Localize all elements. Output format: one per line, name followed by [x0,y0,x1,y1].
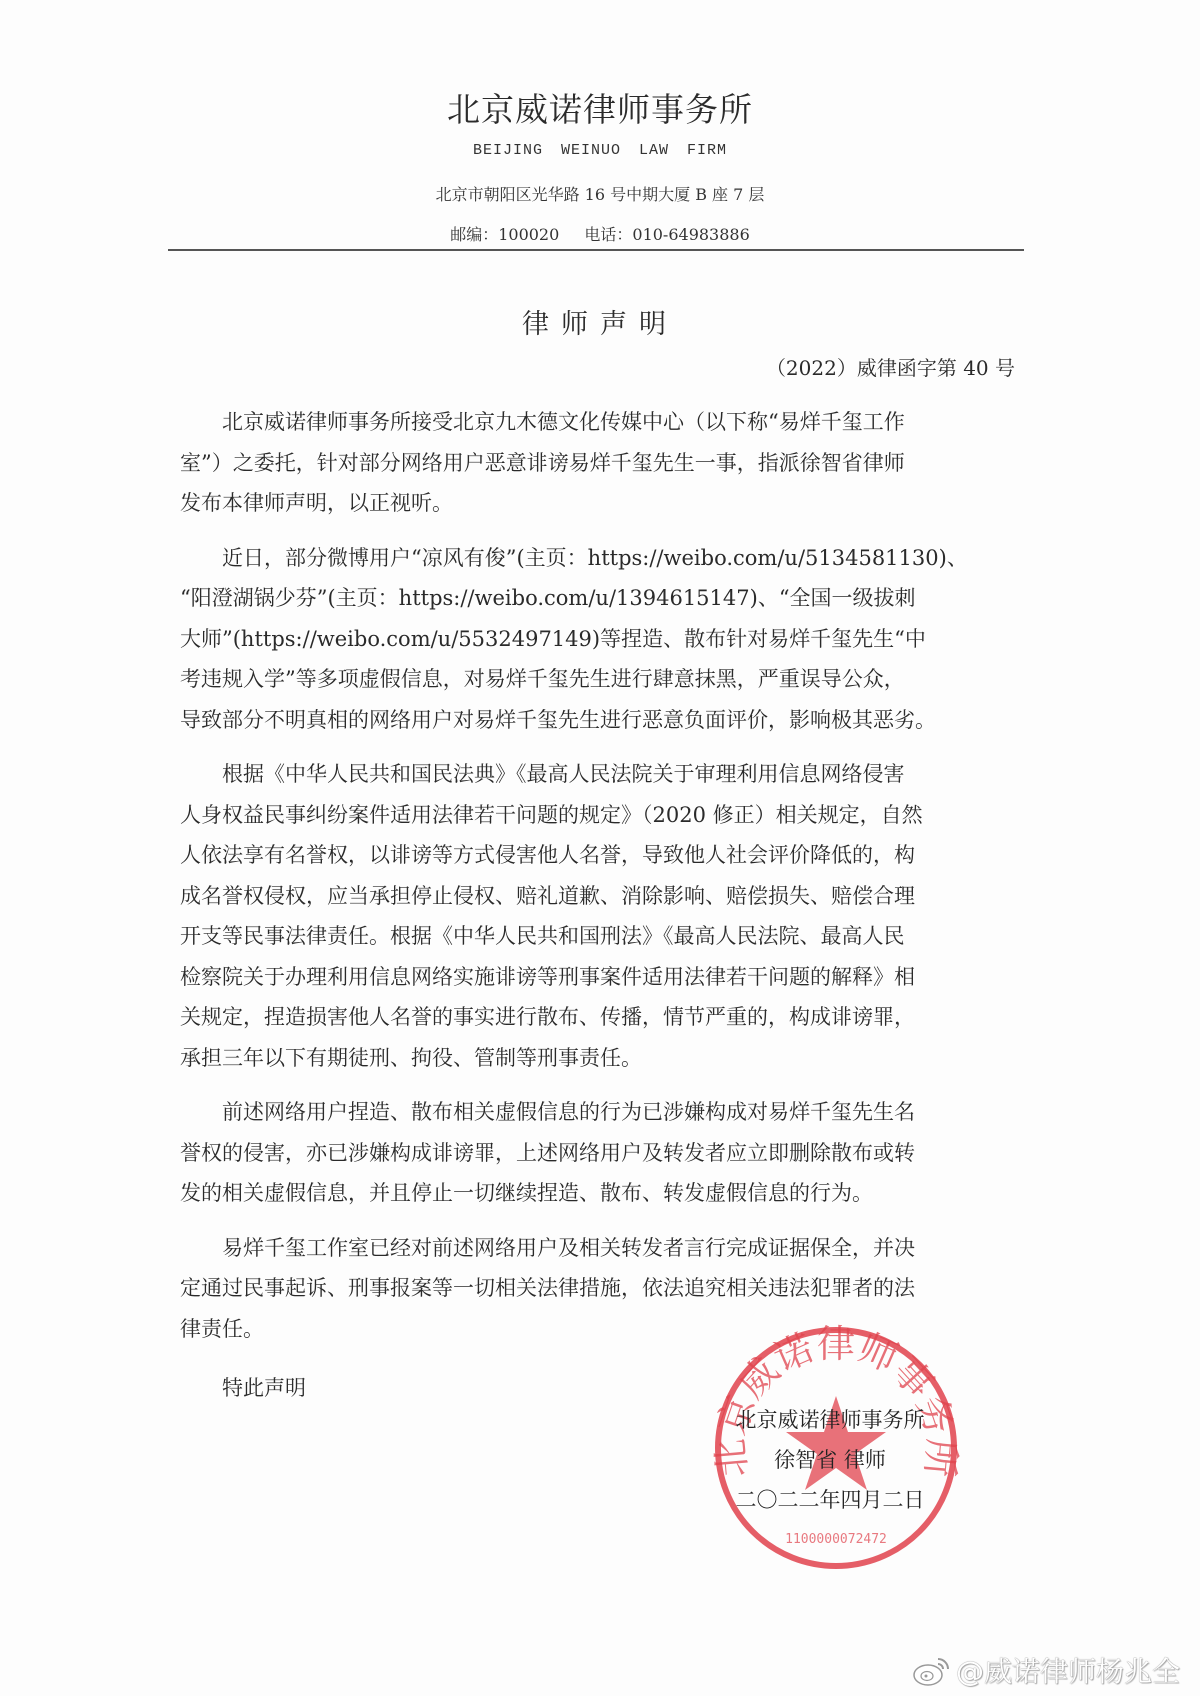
firm-address: 北京市朝阳区光华路 16 号中期大厦 B 座 7 层 [0,182,1200,205]
document-body: 北京威诺律师事务所接受北京九木德文化传媒中心（以下称“易烊千玺工作 室”）之委托… [180,402,1022,1363]
text-line: 根据《中华人民共和国民法典》《最高人民法院关于审理利用信息网络侵害 [180,754,1022,795]
text-line: 前述网络用户捏造、散布相关虚假信息的行为已涉嫌构成对易烊千玺先生名 [180,1092,1022,1133]
paragraph-2: 近日，部分微博用户“凉风有俊”(主页：https://weibo.com/u/5… [180,538,1022,741]
text-line: 室”）之委托，针对部分网络用户恶意诽谤易烊千玺先生一事，指派徐智省律师 [180,443,1022,484]
paragraph-1: 北京威诺律师事务所接受北京九木德文化传媒中心（以下称“易烊千玺工作 室”）之委托… [180,402,1022,524]
text-line: 誉权的侵害，亦已涉嫌构成诽谤罪，上述网络用户及转发者应立即删除散布或转 [180,1133,1022,1174]
signature-firm: 北京威诺律师事务所 [700,1400,960,1440]
text-line: 发布本律师声明，以正视听。 [180,483,1022,524]
signature-date: 二〇二二年四月二日 [700,1480,960,1520]
text-line: 开支等民事法律责任。根据《中华人民共和国刑法》《最高人民法院、最高人民 [180,916,1022,957]
text-line: “阳澄湖锅少芬”(主页：https://weibo.com/u/13946151… [180,578,1022,619]
document-number: （2022）威律函字第 40 号 [766,352,1015,381]
text-line: 导致部分不明真相的网络用户对易烊千玺先生进行恶意负面评价，影响极其恶劣。 [180,700,1022,741]
text-line: 人依法享有名誉权，以诽谤等方式侵害他人名誉，导致他人社会评价降低的，构 [180,835,1022,876]
text-line: 发的相关虚假信息，并且停止一切继续捏造、散布、转发虚假信息的行为。 [180,1173,1022,1214]
seal-serial: 1100000072472 [785,1532,887,1547]
text-line: 北京威诺律师事务所接受北京九木德文化传媒中心（以下称“易烊千玺工作 [180,402,1022,443]
watermark-text: @威诺律师杨兆全 [956,1650,1180,1690]
text-line: 大师”(https://weibo.com/u/5532497149)等捏造、散… [180,619,1022,660]
text-line: 检察院关于办理利用信息网络实施诽谤等刑事案件适用法律若干问题的解释》相 [180,957,1022,998]
paragraph-3: 根据《中华人民共和国民法典》《最高人民法院关于审理利用信息网络侵害 人身权益民事… [180,754,1022,1078]
text-line: 关规定，捏造损害他人名誉的事实进行散布、传播，情节严重的，构成诽谤罪， [180,997,1022,1038]
document-title: 律师声明 [0,302,1200,341]
firm-phone: 电话：010-64983886 [584,225,749,244]
text-line: 定通过民事起诉、刑事报案等一切相关法律措施，依法追究相关违法犯罪者的法 [180,1268,1022,1309]
firm-name-english: BEIJING WEINUO LAW FIRM [0,142,1200,159]
signature-lawyer: 徐智省 律师 [700,1440,960,1480]
text-line: 考违规入学”等多项虚假信息，对易烊千玺先生进行肆意抹黑，严重误导公众， [180,659,1022,700]
firm-name: 北京威诺律师事务所 [0,84,1200,131]
firm-contact: 邮编：100020 电话：010-64983886 [0,222,1200,245]
text-line: 人身权益民事纠纷案件适用法律若干问题的规定》（2020 修正）相关规定，自然 [180,795,1022,836]
weibo-icon [912,1653,952,1687]
weibo-watermark: @威诺律师杨兆全 [912,1650,1180,1690]
text-line: 近日，部分微博用户“凉风有俊”(主页：https://weibo.com/u/5… [180,538,1022,579]
text-line: 承担三年以下有期徒刑、拘役、管制等刑事责任。 [180,1038,1022,1079]
paragraph-4: 前述网络用户捏造、散布相关虚假信息的行为已涉嫌构成对易烊千玺先生名 誉权的侵害，… [180,1092,1022,1214]
document-page: 北京威诺律师事务所 BEIJING WEINUO LAW FIRM 北京市朝阳区… [0,0,1200,1696]
letterhead-divider [168,249,1024,251]
text-line: 易烊千玺工作室已经对前述网络用户及相关转发者言行完成证据保全，并决 [180,1228,1022,1269]
closing-statement: 特此声明 [222,1372,306,1402]
text-line: 成名誉权侵权，应当承担停止侵权、赔礼道歉、消除影响、赔偿损失、赔偿合理 [180,876,1022,917]
signature-block: 北京威诺律师事务所 徐智省 律师 二〇二二年四月二日 [700,1400,960,1520]
firm-postcode: 邮编：100020 [450,225,559,244]
